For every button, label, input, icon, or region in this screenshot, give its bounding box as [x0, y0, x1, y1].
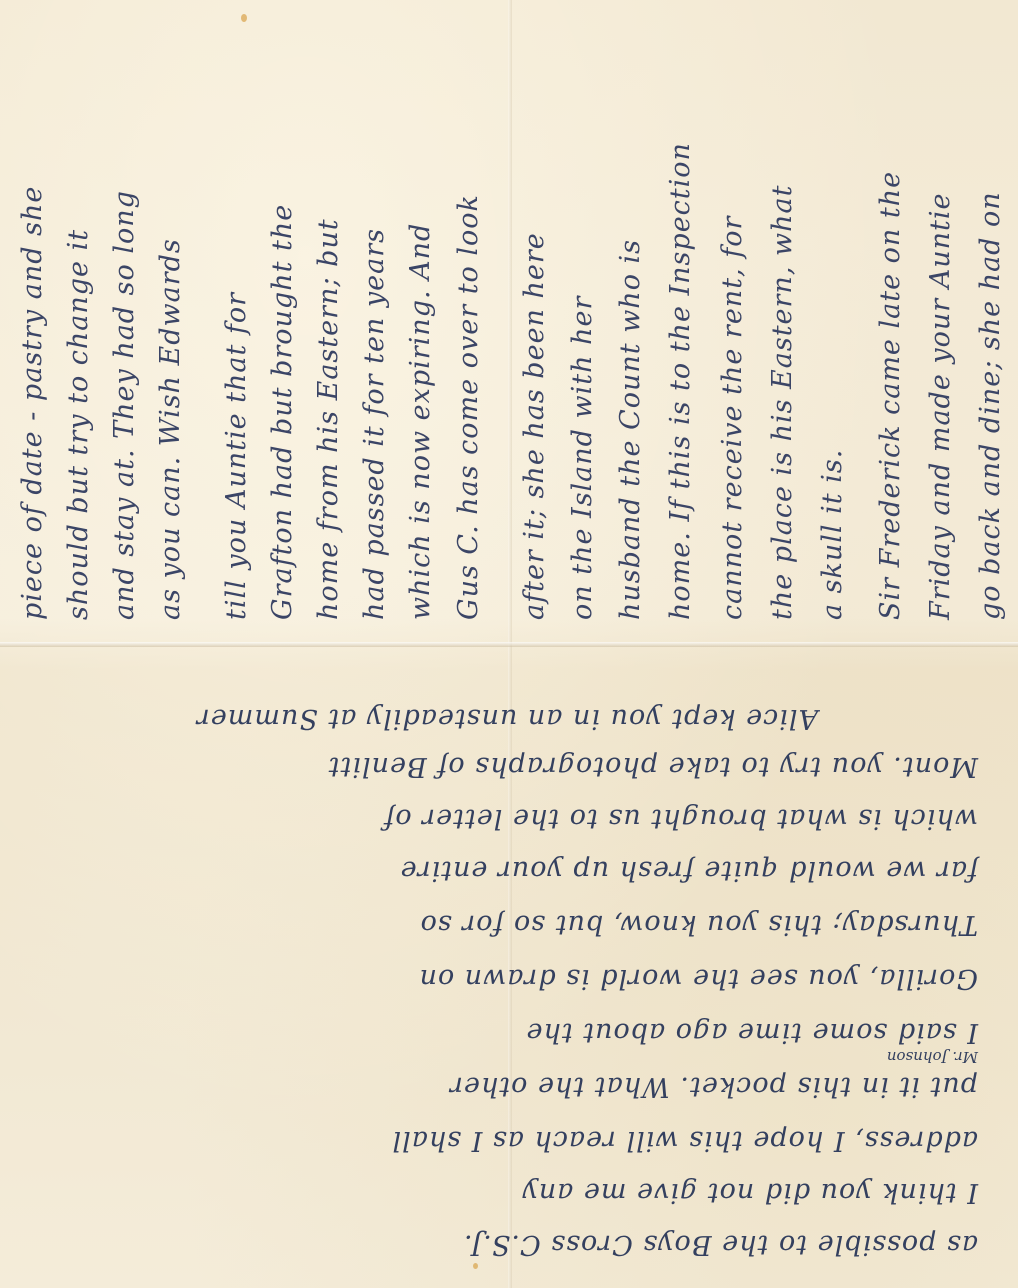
handwritten-line: as you can. Wish Edwards [157, 238, 184, 620]
handwritten-line: should but try to change it [65, 229, 92, 620]
upper-section-vertical-text: piece of date - pastry and she should bu… [0, 0, 1018, 640]
handwritten-line: put it in this pocket. What the other [449, 1073, 978, 1100]
handwritten-line: far we would quite fresh up your entire [400, 857, 978, 884]
handwritten-line: which is now expiring. And [407, 223, 434, 620]
horizontal-fold-crease [0, 642, 1018, 647]
handwritten-line: a skull it is. [819, 449, 846, 620]
handwritten-line: the place is his Eastern, what [769, 185, 796, 620]
handwritten-line: Friday and made your Auntie [927, 192, 954, 620]
handwritten-line: after it; she has been here [521, 232, 548, 620]
handwritten-line: home from his Eastern; but [315, 218, 342, 620]
inserted-note: Mr. Johnson [887, 1048, 978, 1066]
handwritten-line: go back and dine; she had on [977, 191, 1004, 620]
handwritten-line: Gus C. has come over to look [455, 194, 482, 620]
handwritten-line: Alice kept you in an unsteadily at Summe… [196, 705, 818, 732]
handwritten-line: as possible to the Boys Cross C.S.J. [463, 1231, 978, 1258]
letter-page: piece of date - pastry and she should bu… [0, 0, 1018, 1288]
handwritten-line: till you Auntie that for [223, 292, 250, 620]
handwritten-line: Gorilla, you see the world is drawn on [419, 965, 978, 992]
handwritten-line: I said some time ago about the [525, 1019, 978, 1046]
handwritten-line: Grafton had but brought the [269, 204, 296, 620]
lower-section-inverted-text: as possible to the Boys Cross C.S.J. I t… [0, 648, 1018, 1288]
handwritten-line: cannot receive the rent, for [719, 216, 746, 620]
handwritten-line: Thursday; this you know, but so for so [420, 911, 978, 938]
handwritten-line: address, I hope this will reach as I sha… [391, 1127, 978, 1154]
handwritten-line: husband the Count who is [617, 239, 644, 620]
handwritten-line: home. If this is to the Inspection [667, 142, 694, 620]
handwritten-line: had passed it for ten years [361, 228, 388, 620]
handwritten-line: on the Island with her [569, 296, 596, 620]
handwritten-line: Sir Frederick came late on the [877, 171, 904, 620]
handwritten-line: I think you did not give me any [522, 1179, 978, 1206]
handwritten-line: Mont. you try to take photographs of Ben… [328, 753, 978, 780]
handwritten-line: piece of date - pastry and she [19, 186, 46, 620]
handwritten-line: and stay at. They had so long [111, 190, 138, 620]
handwritten-line: which is what brought us to the letter o… [383, 805, 978, 832]
